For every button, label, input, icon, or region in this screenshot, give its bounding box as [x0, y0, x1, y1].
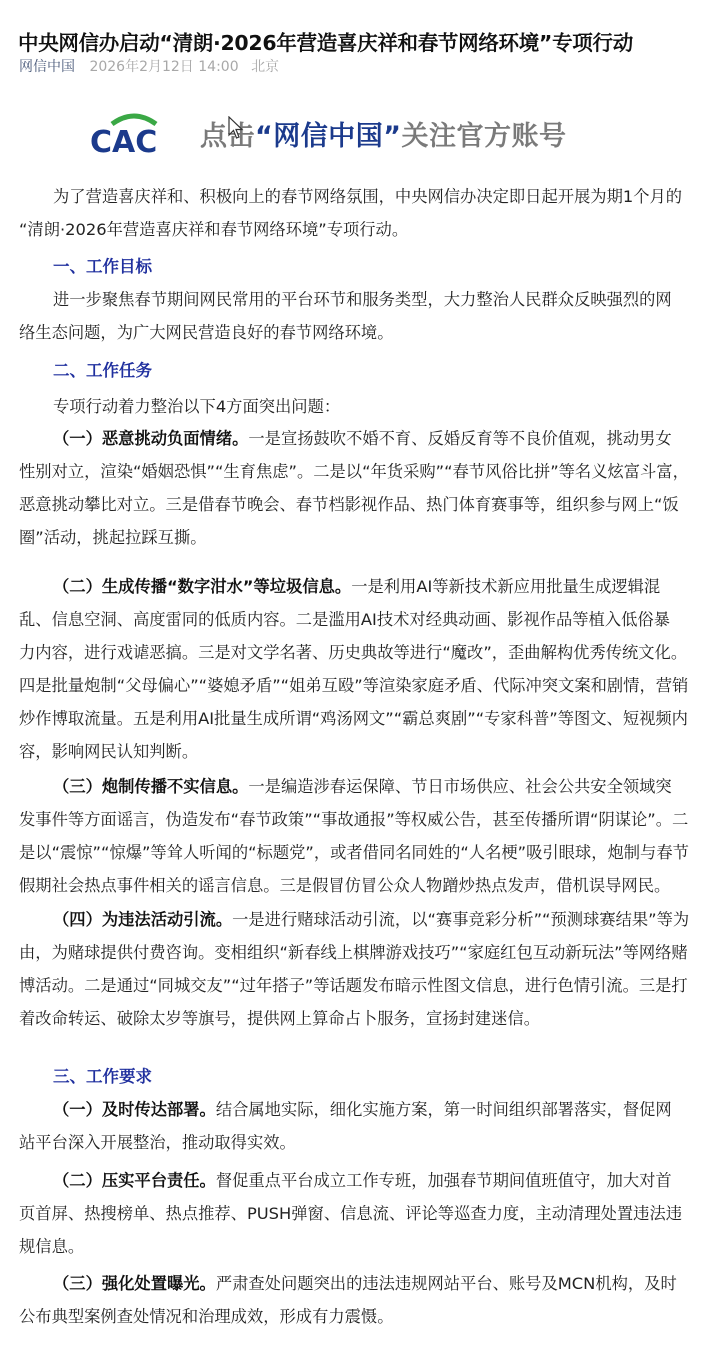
text-line: 为了营造喜庆祥和、积极向上的春节网络氛围，中央网信办决定即日起开展为期1个月的: [19, 180, 709, 213]
follow-banner-text: 点击“网信中国”关注官方账号: [200, 114, 567, 153]
text-line: 是以“震惊”“惊爆”等耸人听闻的“标题党”，或者借同名同姓的“人名梗”吸引眼球，…: [0, 836, 709, 869]
text-line: 进一步聚焦春节期间网民常用的平台环节和服务类型，大力整治人民群众反映强烈的网: [19, 283, 709, 316]
task-label: （四）为违法活动引流。: [53, 910, 232, 929]
publish-time: 2026年2月12日 14:00: [89, 59, 238, 75]
text-line: 规信息。: [0, 1230, 709, 1263]
section-heading-goals: 一、工作目标: [53, 254, 152, 280]
text-line: 炒作博取流量。五是利用AI批量生成所谓“鸡汤网文”“霸总爽剧”“专家科普”等图文…: [0, 702, 709, 735]
text-line: 一是宣扬鼓吹不婚不育、反婚反育等不良价值观，挑动男女: [248, 429, 671, 448]
text-line: 络生态问题，为广大网民营造良好的春节网络环境。: [0, 316, 709, 349]
publish-location: 北京: [251, 59, 279, 75]
task-item-3: （三）炮制传播不实信息。一是编造涉春运保障、节日市场供应、社会公共安全领域突 发…: [19, 770, 709, 902]
text-line: 严肃查处问题突出的违法违规网站平台、账号及MCN机构，及时: [216, 1274, 677, 1293]
task-label: （二）生成传播“数字泔水”等垃圾信息。: [53, 577, 351, 596]
banner-suffix: 关注官方账号: [402, 121, 567, 152]
text-line: 页首屏、热搜榜单、热点推荐、PUSH弹窗、信息流、评论等巡查力度，主动清理处置违…: [0, 1197, 709, 1230]
article-title: 中央网信办启动“清朗·2026年营造喜庆祥和春节网络环境”专项行动: [18, 28, 718, 58]
mouse-cursor-icon: [228, 116, 244, 140]
text-line: 一是编造涉春运保障、节日市场供应、社会公共安全领域突: [248, 777, 671, 796]
task-item-1: （一）恶意挑动负面情绪。一是宣扬鼓吹不婚不育、反婚反育等不良价值观，挑动男女 性…: [19, 422, 709, 554]
text-line: 一是进行赌球活动引流，以“赛事竞彩分析”“预测球赛结果”等为: [232, 910, 689, 929]
text-line: 乱、信息空洞、高度雷同的低质内容。二是滥用AI技术对经典动画、影视作品等植入低俗…: [0, 603, 709, 636]
text-line: 力内容，进行戏谑恶搞。三是对文学名著、历史典故等进行“魔改”，歪曲解构优秀传统文…: [0, 636, 709, 669]
text-line: 专项行动着力整治以下4方面突出问题：: [19, 390, 709, 423]
text-line: 恶意挑动攀比对立。三是借春节晚会、春节档影视作品、热门体育赛事等，组织参与网上“…: [0, 488, 709, 521]
task-label: （一）恶意挑动负面情绪。: [53, 429, 248, 448]
tasks-intro: 专项行动着力整治以下4方面突出问题：: [19, 390, 709, 423]
text-line: 假期社会热点事件相关的谣言信息。三是假冒仿冒公众人物蹭炒热点发声，借机误导网民。: [0, 869, 709, 902]
text-line: 容，影响网民认知判断。: [0, 735, 709, 768]
text-line: 公布典型案例查处情况和治理成效，形成有力震慑。: [0, 1300, 709, 1333]
text-line: 由，为赌球提供付费咨询。变相组织“新春线上棋牌游戏技巧”“家庭红包互动新玩法”等…: [0, 936, 709, 969]
requirement-item-1: （一）及时传达部署。结合属地实际，细化实施方案，第一时间组织部署落实，督促网 站…: [19, 1093, 709, 1159]
text-line: 发事件等方面谣言，伪造发布“春节政策”“事故通报”等权威公告，甚至传播所谓“阴谋…: [0, 803, 709, 836]
follow-banner[interactable]: CAC 点击“网信中国”关注官方账号: [90, 110, 630, 156]
requirement-label: （二）压实平台责任。: [53, 1171, 216, 1190]
text-line: 站平台深入开展整治，推动取得实效。: [0, 1126, 709, 1159]
intro-paragraph: 为了营造喜庆祥和、积极向上的春节网络氛围，中央网信办决定即日起开展为期1个月的 …: [19, 180, 709, 246]
requirement-item-3: （三）强化处置曝光。严肃查处问题突出的违法违规网站平台、账号及MCN机构，及时 …: [19, 1267, 709, 1333]
svg-text:CAC: CAC: [90, 125, 157, 156]
task-item-2: （二）生成传播“数字泔水”等垃圾信息。一是利用AI等新技术新应用批量生成逻辑混 …: [19, 570, 709, 768]
text-line: 博活动。二是通过“同城交友”“过年搭子”等话题发布暗示性图文信息，进行色情引流。…: [0, 969, 709, 1002]
banner-highlight: “网信中国”: [255, 121, 402, 152]
text-line: 着改命转运、破除太岁等旗号，提供网上算命占卜服务，宣扬封建迷信。: [0, 1002, 709, 1035]
section-heading-tasks: 二、工作任务: [53, 358, 152, 384]
section-heading-requirements: 三、工作要求: [53, 1064, 152, 1090]
source-link[interactable]: 网信中国: [19, 59, 75, 75]
text-line: “清朗·2026年营造喜庆祥和春节网络环境”专项行动。: [0, 213, 709, 246]
requirement-label: （三）强化处置曝光。: [53, 1274, 216, 1293]
text-line: 结合属地实际，细化实施方案，第一时间组织部署落实，督促网: [216, 1100, 672, 1119]
text-line: 圈”活动，挑起拉踩互撕。: [0, 521, 709, 554]
cac-logo-icon: CAC: [90, 110, 178, 156]
text-line: 督促重点平台成立工作专班，加强春节期间值班值守，加大对首: [216, 1171, 672, 1190]
text-line: 性别对立，渲染“婚姻恐惧”“生育焦虑”。二是以“年货采购”“春节风俗比拼”等名义…: [0, 455, 709, 488]
article-meta: 网信中国 2026年2月12日 14:00 北京: [19, 56, 279, 78]
goals-paragraph: 进一步聚焦春节期间网民常用的平台环节和服务类型，大力整治人民群众反映强烈的网 络…: [19, 283, 709, 349]
text-line: 四是批量炮制“父母偏心”“婆媳矛盾”“姐弟互殴”等渲染家庭矛盾、代际冲突文案和剧…: [0, 669, 709, 702]
task-label: （三）炮制传播不实信息。: [53, 777, 248, 796]
requirement-label: （一）及时传达部署。: [53, 1100, 216, 1119]
task-item-4: （四）为违法活动引流。一是进行赌球活动引流，以“赛事竞彩分析”“预测球赛结果”等…: [19, 903, 709, 1035]
requirement-item-2: （二）压实平台责任。督促重点平台成立工作专班，加强春节期间值班值守，加大对首 页…: [19, 1164, 709, 1263]
text-line: 一是利用AI等新技术新应用批量生成逻辑混: [351, 577, 660, 596]
